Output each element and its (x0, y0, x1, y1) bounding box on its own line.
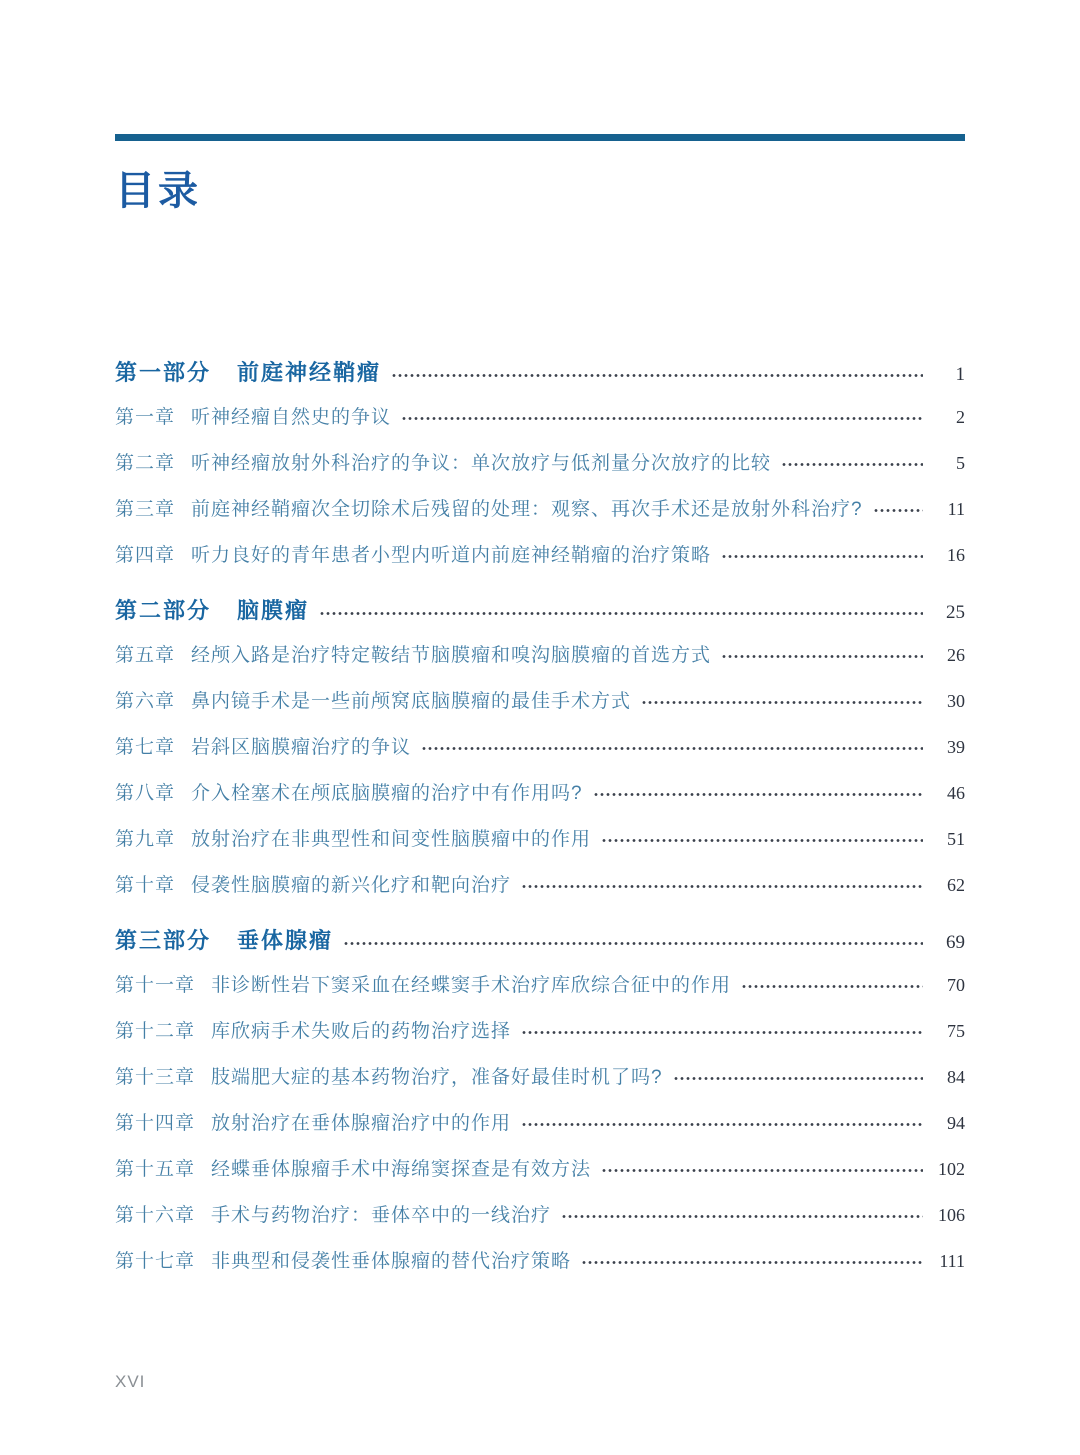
dot-leader (319, 609, 923, 618)
toc-chapter-entry: 第二章听神经瘤放射外科治疗的争议：单次放疗与低剂量分次放疗的比较5 (115, 448, 965, 478)
toc-chapter-label: 第二章 (115, 448, 175, 475)
dot-leader (421, 744, 923, 753)
toc-chapter-page-number: 75 (931, 1021, 965, 1042)
toc-chapter-title: 库欣病手术失败后的药物治疗选择 (211, 1016, 511, 1043)
toc-chapter-entry: 第三章前庭神经鞘瘤次全切除术后残留的处理：观察、再次手术还是放射外科治疗?11 (115, 494, 965, 524)
toc-chapter-entry: 第十七章非典型和侵袭性垂体腺瘤的替代治疗策略111 (115, 1246, 965, 1276)
toc-chapter-page-number: 26 (931, 645, 965, 666)
dot-leader (391, 371, 923, 380)
toc-chapter-page-number: 70 (931, 975, 965, 996)
header-rule (115, 134, 965, 141)
toc-chapter-entry: 第四章听力良好的青年患者小型内听道内前庭神经鞘瘤的治疗策略16 (115, 540, 965, 570)
toc-chapter-title: 介入栓塞术在颅底脑膜瘤的治疗中有作用吗? (191, 778, 583, 805)
toc-chapter-label: 第四章 (115, 540, 175, 567)
toc-chapter-entry: 第十三章肢端肥大症的基本药物治疗，准备好最佳时机了吗?84 (115, 1062, 965, 1092)
toc-chapter-label: 第十章 (115, 870, 175, 897)
toc-section: 第三部分垂体腺瘤69第十一章非诊断性岩下窦采血在经蝶窦手术治疗库欣综合征中的作用… (115, 924, 965, 1276)
toc-chapter-entry: 第十六章手术与药物治疗：垂体卒中的一线治疗106 (115, 1200, 965, 1230)
toc-chapter-label: 第八章 (115, 778, 175, 805)
toc-chapter-title: 经蝶垂体腺瘤手术中海绵窦探查是有效方法 (211, 1154, 591, 1181)
toc-chapter-label: 第十三章 (115, 1062, 195, 1089)
toc-chapter-entry: 第五章经颅入路是治疗特定鞍结节脑膜瘤和嗅沟脑膜瘤的首选方式26 (115, 640, 965, 670)
dot-leader (673, 1074, 923, 1083)
toc-chapter-label: 第十一章 (115, 970, 195, 997)
dot-leader (561, 1212, 923, 1221)
dot-leader (641, 698, 923, 707)
toc-chapter-label: 第七章 (115, 732, 175, 759)
toc-chapter-entry: 第十四章放射治疗在垂体腺瘤治疗中的作用94 (115, 1108, 965, 1138)
toc-chapter-entry: 第一章听神经瘤自然史的争议2 (115, 402, 965, 432)
toc-chapter-label: 第十四章 (115, 1108, 195, 1135)
dot-leader (741, 982, 923, 991)
toc-chapter-label: 第一章 (115, 402, 175, 429)
toc-chapter-label: 第五章 (115, 640, 175, 667)
toc-section-entry: 第二部分脑膜瘤25 (115, 594, 965, 624)
toc-chapter-title: 前庭神经鞘瘤次全切除术后残留的处理：观察、再次手术还是放射外科治疗? (191, 494, 863, 521)
dot-leader (601, 836, 923, 845)
toc-chapter-title: 鼻内镜手术是一些前颅窝底脑膜瘤的最佳手术方式 (191, 686, 631, 713)
toc-chapter-label: 第十五章 (115, 1154, 195, 1181)
toc-chapter-entry: 第六章鼻内镜手术是一些前颅窝底脑膜瘤的最佳手术方式30 (115, 686, 965, 716)
toc-chapter-label: 第九章 (115, 824, 175, 851)
toc-chapter-page-number: 62 (931, 875, 965, 896)
toc-section: 第二部分脑膜瘤25第五章经颅入路是治疗特定鞍结节脑膜瘤和嗅沟脑膜瘤的首选方式26… (115, 594, 965, 900)
toc-chapter-title: 放射治疗在非典型性和间变性脑膜瘤中的作用 (191, 824, 591, 851)
page-content: 目录 第一部分前庭神经鞘瘤1第一章听神经瘤自然史的争议2第二章听神经瘤放射外科治… (115, 134, 965, 1292)
toc-chapter-page-number: 11 (931, 499, 965, 520)
toc-chapter-title: 非诊断性岩下窦采血在经蝶窦手术治疗库欣综合征中的作用 (211, 970, 731, 997)
toc-chapter-page-number: 46 (931, 783, 965, 804)
toc-chapter-page-number: 39 (931, 737, 965, 758)
toc-chapter-entry: 第七章岩斜区脑膜瘤治疗的争议39 (115, 732, 965, 762)
toc-chapter-page-number: 102 (931, 1159, 965, 1180)
toc-chapter-label: 第十二章 (115, 1016, 195, 1043)
page-title: 目录 (115, 167, 965, 215)
toc-chapter-label: 第六章 (115, 686, 175, 713)
toc-chapter-page-number: 5 (931, 453, 965, 474)
toc-chapter-title: 手术与药物治疗：垂体卒中的一线治疗 (211, 1200, 551, 1227)
toc-chapter-title: 经颅入路是治疗特定鞍结节脑膜瘤和嗅沟脑膜瘤的首选方式 (191, 640, 711, 667)
toc-chapter-title: 岩斜区脑膜瘤治疗的争议 (191, 732, 411, 759)
toc-section-page-number: 25 (931, 602, 965, 624)
dot-leader (521, 1028, 923, 1037)
toc-chapter-page-number: 111 (931, 1251, 965, 1272)
toc-section-page-number: 1 (931, 364, 965, 386)
toc-chapter-entry: 第十五章经蝶垂体腺瘤手术中海绵窦探查是有效方法102 (115, 1154, 965, 1184)
toc-section-title: 脑膜瘤 (237, 594, 309, 625)
dot-leader (401, 414, 923, 423)
toc-chapter-label: 第十六章 (115, 1200, 195, 1227)
toc-section-entry: 第三部分垂体腺瘤69 (115, 924, 965, 954)
table-of-contents: 第一部分前庭神经鞘瘤1第一章听神经瘤自然史的争议2第二章听神经瘤放射外科治疗的争… (115, 356, 965, 1276)
toc-chapter-title: 侵袭性脑膜瘤的新兴化疗和靶向治疗 (191, 870, 511, 897)
toc-chapter-title: 听神经瘤放射外科治疗的争议：单次放疗与低剂量分次放疗的比较 (191, 448, 771, 475)
toc-section-title: 垂体腺瘤 (237, 924, 333, 955)
toc-chapter-page-number: 84 (931, 1067, 965, 1088)
toc-page: 目录 第一部分前庭神经鞘瘤1第一章听神经瘤自然史的争议2第二章听神经瘤放射外科治… (0, 0, 1080, 1455)
toc-section: 第一部分前庭神经鞘瘤1第一章听神经瘤自然史的争议2第二章听神经瘤放射外科治疗的争… (115, 356, 965, 570)
toc-chapter-entry: 第十一章非诊断性岩下窦采血在经蝶窦手术治疗库欣综合征中的作用70 (115, 970, 965, 1000)
toc-section-entry: 第一部分前庭神经鞘瘤1 (115, 356, 965, 386)
toc-chapter-entry: 第八章介入栓塞术在颅底脑膜瘤的治疗中有作用吗?46 (115, 778, 965, 808)
toc-chapter-title: 肢端肥大症的基本药物治疗，准备好最佳时机了吗? (211, 1062, 663, 1089)
toc-section-label: 第二部分 (115, 594, 211, 625)
dot-leader (721, 552, 923, 561)
dot-leader (581, 1258, 923, 1267)
folio-page-number: XVI (115, 1372, 145, 1392)
dot-leader (593, 790, 923, 799)
dot-leader (601, 1166, 923, 1175)
toc-chapter-entry: 第十二章库欣病手术失败后的药物治疗选择75 (115, 1016, 965, 1046)
toc-chapter-page-number: 51 (931, 829, 965, 850)
toc-chapter-title: 听力良好的青年患者小型内听道内前庭神经鞘瘤的治疗策略 (191, 540, 711, 567)
dot-leader (873, 506, 923, 515)
toc-section-label: 第一部分 (115, 356, 211, 387)
toc-chapter-page-number: 106 (931, 1205, 965, 1226)
dot-leader (521, 882, 923, 891)
toc-chapter-title: 听神经瘤自然史的争议 (191, 402, 391, 429)
toc-chapter-title: 放射治疗在垂体腺瘤治疗中的作用 (211, 1108, 511, 1135)
toc-chapter-entry: 第十章侵袭性脑膜瘤的新兴化疗和靶向治疗62 (115, 870, 965, 900)
toc-chapter-page-number: 2 (931, 407, 965, 428)
dot-leader (343, 939, 923, 948)
toc-chapter-entry: 第九章放射治疗在非典型性和间变性脑膜瘤中的作用51 (115, 824, 965, 854)
dot-leader (521, 1120, 923, 1129)
toc-section-title: 前庭神经鞘瘤 (237, 356, 381, 387)
dot-leader (721, 652, 923, 661)
toc-section-page-number: 69 (931, 932, 965, 954)
dot-leader (781, 460, 923, 469)
toc-chapter-label: 第十七章 (115, 1246, 195, 1273)
toc-chapter-title: 非典型和侵袭性垂体腺瘤的替代治疗策略 (211, 1246, 571, 1273)
toc-chapter-label: 第三章 (115, 494, 175, 521)
toc-chapter-page-number: 94 (931, 1113, 965, 1134)
toc-chapter-page-number: 30 (931, 691, 965, 712)
toc-section-label: 第三部分 (115, 924, 211, 955)
toc-chapter-page-number: 16 (931, 545, 965, 566)
